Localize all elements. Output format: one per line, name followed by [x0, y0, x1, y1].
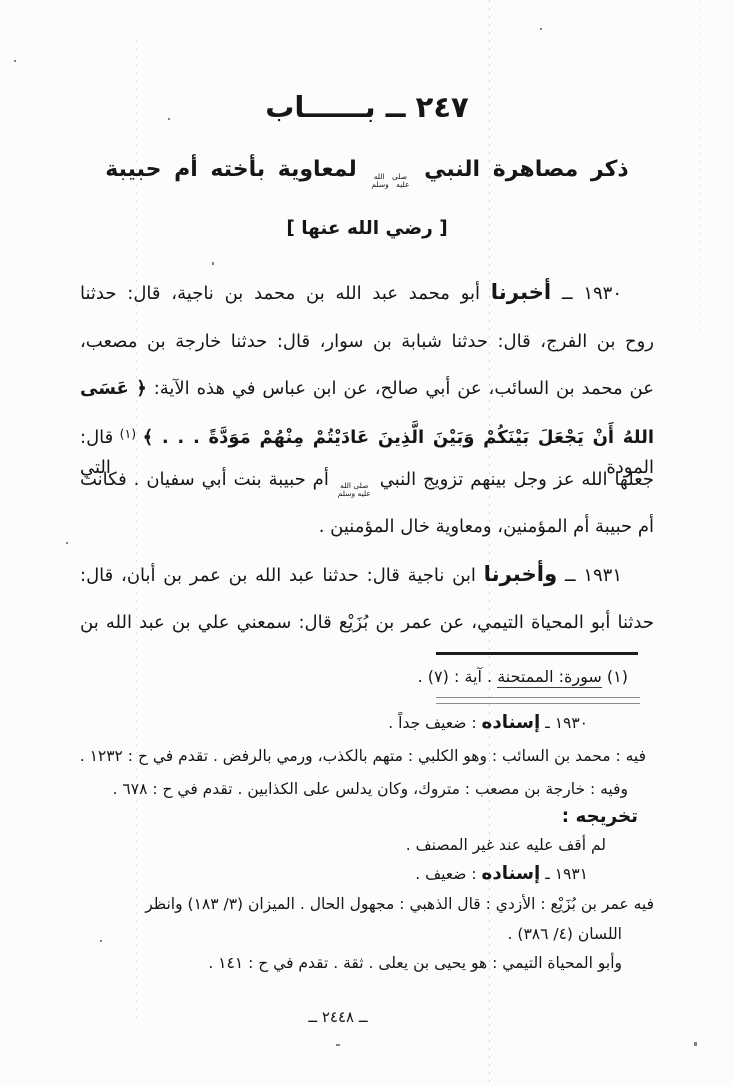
body-line-3: عن محمد بن السائب، عن أبي صالح، عن ابن ع…: [80, 374, 654, 404]
body-line-1: ١٩٣٠ ــ أخبرنا أبو محمد عبد الله بن محمد…: [80, 278, 622, 309]
footnote-line-4: وفيه : خارجة بن مصعب : متروك، وكان يدلس …: [113, 777, 628, 801]
salla-calligraphy-icon: صلى اللهعليه وسلم: [371, 173, 409, 188]
footnote-separator-rule: [436, 652, 638, 655]
scan-speck: [14, 60, 16, 62]
footnote-line-7: ١٩٣١ ـ إسناده : ضعيف .: [415, 862, 588, 886]
chapter-title: ذكر مصاهرة النبي صلى اللهعليه وسلم لمعاو…: [0, 157, 734, 188]
scan-speck: [100, 940, 102, 942]
scan-speck: [540, 28, 542, 30]
footnote-line-10: وأبو المحياة التيمي : هو يحيى بن يعلى . …: [208, 951, 622, 975]
footnote-line-5-takhrij-heading: تخريجه :: [562, 805, 638, 829]
chapter-number-heading: ٢٤٧ ــ بــــــاب: [0, 90, 734, 124]
footnote-line-3: فيه : محمد بن السائب : وهو الكلبي : متهم…: [80, 744, 646, 768]
scanned-book-page: ٢٤٧ ــ بــــــاب ذكر مصاهرة النبي صلى ال…: [0, 0, 734, 1086]
footnote-double-rule: [436, 697, 640, 704]
salla-calligraphy-icon: صلى اللهعليه وسلم: [338, 482, 371, 497]
body-line-2: روح بن الفرج، قال: حدثنا شبابة بن سوار، …: [80, 327, 654, 357]
footnote-line-1: (١) سورة: الممتحنة . آية : (٧) .: [418, 665, 628, 689]
body-line-8: حدثنا أبو المحياة التيمي، عن عمر بن بُزَ…: [80, 608, 654, 638]
footnote-line-8: فيه عمر بن بُزَيْع : الأزدي : قال الذهبي…: [145, 892, 654, 916]
scan-speck: [66, 542, 68, 544]
scan-speck: [336, 1044, 340, 1046]
footnote-line-2: ١٩٣٠ ـ إسناده : ضعيف جداً .: [388, 711, 588, 735]
footnote-line-6: لم أقف عليه عند غير المصنف .: [406, 833, 606, 857]
body-line-5: جعلها الله عز وجل بينهم تزويج النبي صلى …: [80, 465, 654, 497]
body-line-7: ١٩٣١ ــ وأخبرنا ابن ناجية قال: حدثنا عبد…: [80, 560, 622, 591]
scan-speck: [212, 262, 214, 265]
page-number: ــ ٢٤٤٨ ــ: [0, 1008, 676, 1026]
body-line-6: أم حبيبة أم المؤمنين، ومعاوية خال المؤمن…: [80, 512, 654, 542]
footnote-line-9: اللسان (٤/ ٣٨٦) .: [508, 922, 622, 946]
scan-speck: [694, 1042, 697, 1046]
honorific-line: [ رضي الله عنها ]: [0, 218, 734, 239]
